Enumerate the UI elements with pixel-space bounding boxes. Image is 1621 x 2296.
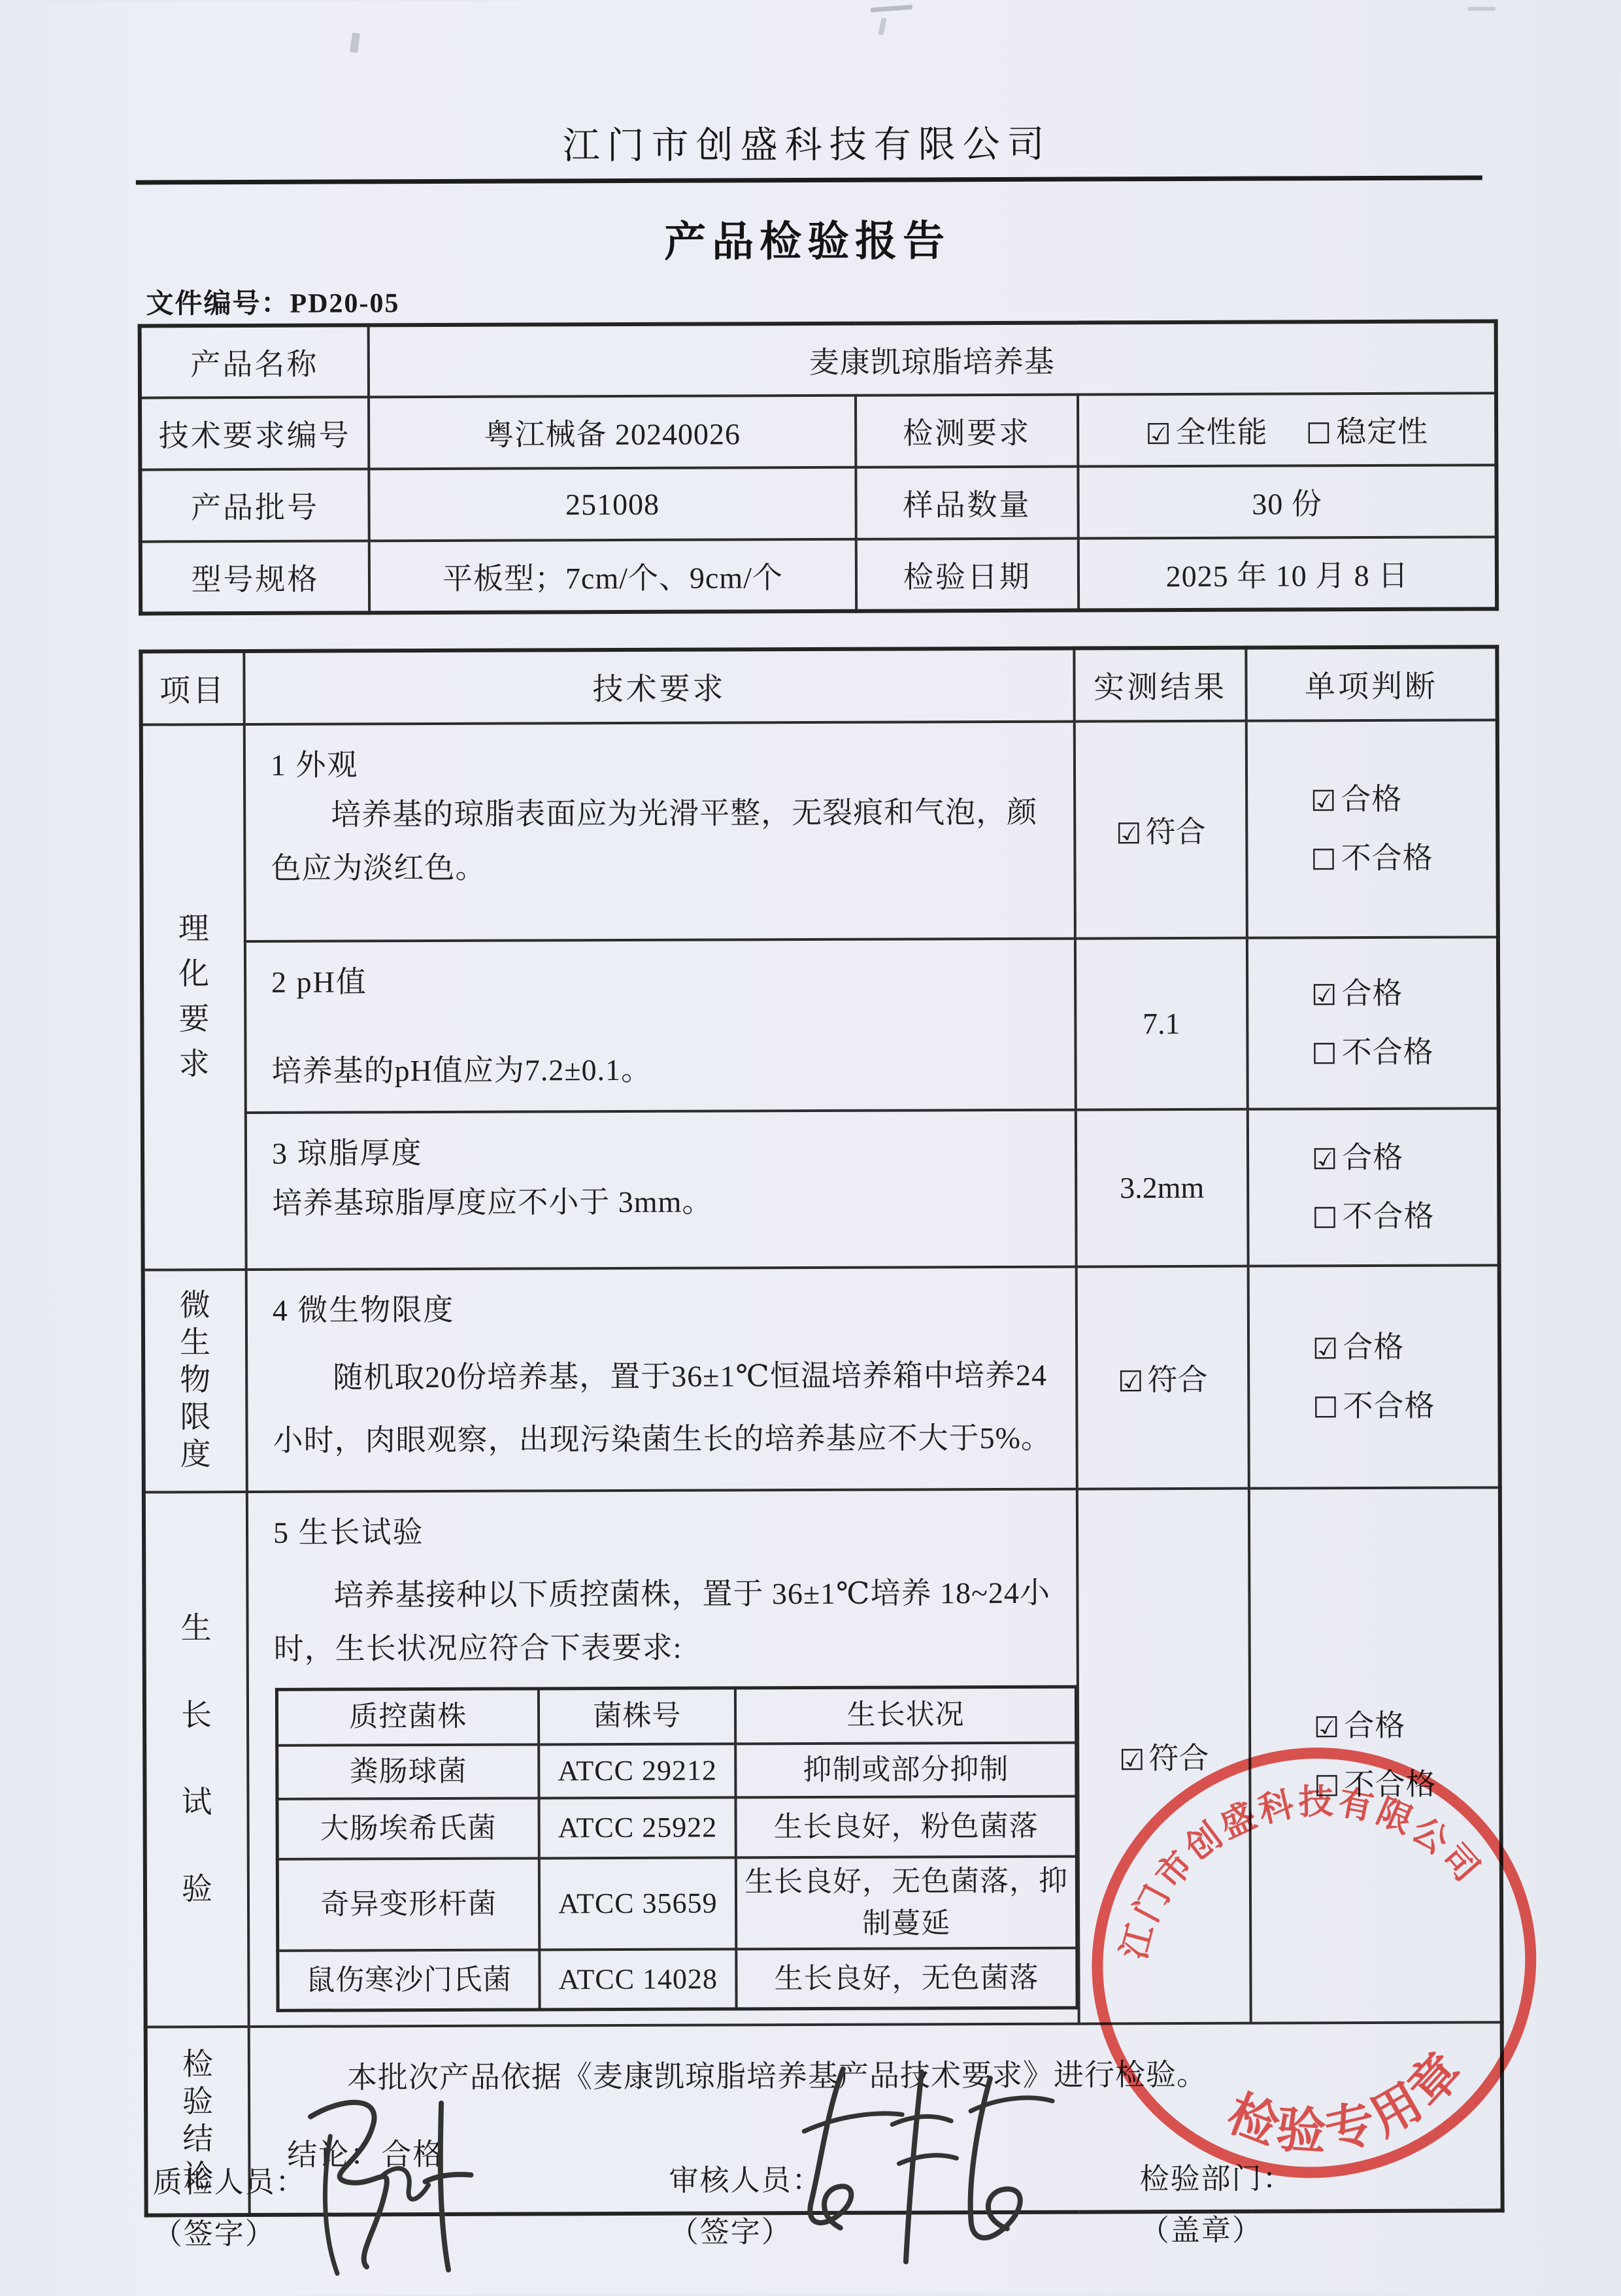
scan-artifact xyxy=(350,33,360,53)
judgment-options: ☑合格 ☐不合格 xyxy=(1311,964,1434,1082)
tech-req-no-label: 技术要求编号 xyxy=(140,397,369,469)
inspect-date-label: 检验日期 xyxy=(856,539,1078,611)
scan-artifact xyxy=(1468,7,1496,10)
review-signature-block: 审核人员： （签字） xyxy=(669,2155,823,2258)
strain-growth: 生长良好，粉色菌落 xyxy=(736,1797,1077,1858)
result-text: 符合 xyxy=(1145,815,1205,849)
strain-row: 粪肠球菌 ATCC 29212 抑制或部分抑制 xyxy=(277,1743,1077,1799)
col-header-requirement: 技术要求 xyxy=(244,649,1074,724)
result-text: 符合 xyxy=(1147,1363,1207,1396)
requirement-body: 培养基接种以下质控菌株，置于 36±1℃培养 18~24小时，生长状况应符合下表… xyxy=(273,1566,1054,1676)
sample-qty-label: 样品数量 xyxy=(856,467,1078,539)
checkbox-unchecked-icon: ☐ xyxy=(1312,1202,1339,1235)
checkbox-checked-icon: ☑ xyxy=(1311,979,1338,1012)
judgment-micro: ☑合格 ☐不合格 xyxy=(1248,1265,1500,1488)
test-req-label: 检测要求 xyxy=(856,395,1078,467)
review-label: 审核人员： xyxy=(669,2155,822,2207)
strain-growth: 生长良好，无色菌落，抑制蔓延 xyxy=(736,1857,1077,1949)
table-row-thickness: 3 琼脂厚度 培养基琼脂厚度应不小于 3mm。 3.2mm ☑合格 ☐不合格 xyxy=(142,1108,1499,1270)
requirement-title: 3 琼脂厚度 xyxy=(272,1127,1052,1173)
test-req-option-stability: 稳定性 xyxy=(1336,415,1428,448)
strain-col-code: 菌株号 xyxy=(539,1688,735,1745)
model-spec-label: 型号规格 xyxy=(141,541,369,613)
requirement-ph: 2 pH值 培养基的pH值应为7.2±0.1。 xyxy=(245,939,1076,1113)
qc-sub-label: （签字） xyxy=(153,2208,307,2260)
strain-table: 质控菌株 菌株号 生长状况 粪肠球菌 ATCC 29212 抑制或部分抑制 大肠… xyxy=(275,1685,1079,2012)
strain-col-name: 质控菌株 xyxy=(276,1689,539,1746)
qc-signature-block: 质检人员： （签字） xyxy=(152,2157,307,2260)
tech-req-no-value: 粤江械备 20240026 xyxy=(369,396,856,469)
requirement-appearance: 1 外观 培养基的琼脂表面应为光滑平整，无裂痕和气泡，颜色应为淡红色。 xyxy=(244,722,1075,941)
result-appearance: ☑符合 xyxy=(1075,721,1247,939)
requirement-title: 5 生长试验 xyxy=(273,1506,1054,1552)
requirement-growth: 5 生长试验 培养基接种以下质控菌株，置于 36±1℃培养 18~24小时，生长… xyxy=(247,1489,1079,2027)
judgment-ph: ☑合格 ☐不合格 xyxy=(1247,937,1499,1109)
page-title: 产品检验报告 xyxy=(0,205,1618,271)
checkbox-unchecked-icon: ☐ xyxy=(1306,417,1333,450)
category-physchem-label: 理化要求 xyxy=(144,914,244,1081)
strain-code: ATCC 14028 xyxy=(540,1949,737,2010)
col-header-item: 项目 xyxy=(141,651,244,725)
category-physchem: 理化要求 xyxy=(141,724,246,1270)
strain-col-growth: 生长状况 xyxy=(735,1687,1077,1744)
category-growth-label: 生长试验 xyxy=(146,1613,246,1906)
judgment-thickness: ☑合格 ☐不合格 xyxy=(1248,1108,1499,1266)
batch-no-label: 产品批号 xyxy=(140,469,369,541)
company-name: 江门市创盛科技有限公司 xyxy=(0,112,1618,172)
pass-label: 合格 xyxy=(1341,977,1403,1010)
strain-code: ATCC 29212 xyxy=(539,1744,736,1798)
checkbox-unchecked-icon: ☐ xyxy=(1312,1391,1339,1425)
sample-qty-value: 30 份 xyxy=(1078,465,1496,538)
requirement-title: 1 外观 xyxy=(271,739,1051,785)
scan-artifact xyxy=(871,5,912,12)
requirement-body: 随机取20份培养基，置于36±1℃恒温培养箱中培养24小时，肉眼观察，出现污染菌… xyxy=(273,1344,1054,1473)
col-header-judgment: 单项判断 xyxy=(1246,647,1497,720)
model-spec-value: 平板型；7cm/个、9cm/个 xyxy=(369,539,856,613)
category-growth: 生长试验 xyxy=(144,1492,249,2027)
table-row: 技术要求编号 粤江械备 20240026 检测要求 ☑全性能☐稳定性 xyxy=(140,393,1496,469)
strain-code: ATCC 35659 xyxy=(539,1858,736,1950)
requirement-micro: 4 微生物限度 随机取20份培养基，置于36±1℃恒温培养箱中培养24小时，肉眼… xyxy=(246,1266,1077,1491)
judgment-pass: ☑合格 xyxy=(1311,964,1434,1023)
checkbox-checked-icon: ☑ xyxy=(1116,817,1142,851)
strain-row: 鼠伤寒沙门氏菌 ATCC 14028 生长良好，无色菌落 xyxy=(278,1948,1077,2010)
checkbox-checked-icon: ☑ xyxy=(1312,1143,1339,1176)
strain-name: 粪肠球菌 xyxy=(277,1745,539,1799)
fail-label: 不合格 xyxy=(1343,1200,1435,1233)
strain-code: ATCC 25922 xyxy=(539,1798,736,1859)
judgment-options: ☑合格 ☐不合格 xyxy=(1311,770,1433,888)
strain-header-row: 质控菌株 菌株号 生长状况 xyxy=(276,1687,1076,1746)
strain-name: 奇异变形杆菌 xyxy=(277,1859,539,1951)
test-req-option-full: 全性能 xyxy=(1176,416,1268,449)
strain-name: 大肠埃希氏菌 xyxy=(277,1798,539,1859)
col-header-result: 实测结果 xyxy=(1074,648,1246,722)
product-name-label: 产品名称 xyxy=(140,325,369,397)
strain-name: 鼠伤寒沙门氏菌 xyxy=(278,1950,540,2010)
strain-row: 大肠埃希氏菌 ATCC 25922 生长良好，粉色菌落 xyxy=(277,1797,1077,1859)
fail-label: 不合格 xyxy=(1341,841,1433,875)
requirement-title: 4 微生物限度 xyxy=(273,1284,1053,1330)
result-micro: ☑符合 xyxy=(1077,1266,1249,1489)
checkbox-checked-icon: ☑ xyxy=(1312,1332,1339,1366)
product-name-value: 麦康凯琼脂培养基 xyxy=(369,321,1496,397)
scan-artifact xyxy=(878,18,886,35)
strain-growth: 抑制或部分抑制 xyxy=(735,1743,1077,1798)
doc-number: 文件编号：PD20-05 xyxy=(146,281,399,321)
checkbox-unchecked-icon: ☐ xyxy=(1311,1038,1338,1071)
inspect-date-value: 2025 年 10 月 8 日 xyxy=(1078,537,1497,610)
report-sheet: 江门市创盛科技有限公司 产品检验报告 文件编号：PD20-05 产品名称 麦康凯… xyxy=(0,0,1621,2296)
table-row-appearance: 理化要求 1 外观 培养基的琼脂表面应为光滑平整，无裂痕和气泡，颜色应为淡红色。… xyxy=(141,720,1498,941)
checkbox-unchecked-icon: ☐ xyxy=(1311,843,1337,877)
checkbox-checked-icon: ☑ xyxy=(1118,1365,1144,1398)
judgment-fail: ☐不合格 xyxy=(1311,1023,1434,1082)
judgment-pass: ☑合格 xyxy=(1311,770,1433,829)
requirement-body: 培养基琼脂厚度应不小于 3mm。 xyxy=(272,1174,1052,1230)
judgment-pass: ☑合格 xyxy=(1312,1128,1435,1187)
pass-label: 合格 xyxy=(1342,1141,1403,1174)
table-row: 产品名称 麦康凯琼脂培养基 xyxy=(140,321,1496,397)
test-req-value: ☑全性能☐稳定性 xyxy=(1078,393,1496,466)
fail-label: 不合格 xyxy=(1342,1036,1434,1069)
checkbox-checked-icon: ☑ xyxy=(1311,785,1337,818)
qc-label: 质检人员： xyxy=(152,2157,306,2209)
judgment-fail: ☐不合格 xyxy=(1312,1377,1435,1436)
fail-label: 不合格 xyxy=(1343,1389,1435,1423)
pass-label: 合格 xyxy=(1341,783,1402,816)
checkbox-checked-icon: ☑ xyxy=(1145,418,1172,451)
result-ph: 7.1 xyxy=(1075,938,1248,1110)
title-divider xyxy=(136,175,1482,184)
requirement-title: 2 pH值 xyxy=(271,956,1052,1002)
judgment-options: ☑合格 ☐不合格 xyxy=(1312,1128,1435,1246)
judgment-options: ☑合格 ☐不合格 xyxy=(1312,1318,1435,1436)
company-stamp: 江门市创盛科技有限公司 检验专用章 xyxy=(1079,1731,1548,2194)
strain-row: 奇异变形杆菌 ATCC 35659 生长良好，无色菌落，抑制蔓延 xyxy=(277,1857,1077,1951)
table-header-row: 项目 技术要求 实测结果 单项判断 xyxy=(141,647,1497,724)
strain-growth: 生长良好，无色菌落 xyxy=(736,1948,1077,2009)
requirement-body: 培养基的琼脂表面应为光滑平整，无裂痕和气泡，颜色应为淡红色。 xyxy=(271,786,1052,896)
judgment-fail: ☐不合格 xyxy=(1312,1187,1435,1246)
table-row: 产品批号 251008 样品数量 30 份 xyxy=(140,465,1496,541)
requirement-body: 培养基的pH值应为7.2±0.1。 xyxy=(271,1042,1052,1098)
category-micro-label: 微生物限度 xyxy=(146,1291,245,1471)
judgment-pass: ☑合格 xyxy=(1312,1318,1435,1377)
batch-no-value: 251008 xyxy=(369,467,856,541)
pass-label: 合格 xyxy=(1343,1330,1404,1364)
review-sub-label: （签字） xyxy=(669,2206,823,2259)
result-thickness: 3.2mm xyxy=(1076,1109,1248,1267)
table-row-micro: 微生物限度 4 微生物限度 随机取20份培养基，置于36±1℃恒温培养箱中培养2… xyxy=(143,1265,1500,1492)
table-row-ph: 2 pH值 培养基的pH值应为7.2±0.1。 7.1 ☑合格 ☐不合格 xyxy=(142,937,1499,1113)
category-micro: 微生物限度 xyxy=(143,1270,247,1493)
dept-sub-label: （盖章） xyxy=(1140,2204,1294,2257)
product-info-table: 产品名称 麦康凯琼脂培养基 技术要求编号 粤江械备 20240026 检测要求 … xyxy=(138,319,1499,615)
requirement-thickness: 3 琼脂厚度 培养基琼脂厚度应不小于 3mm。 xyxy=(246,1109,1077,1269)
judgment-appearance: ☑合格 ☐不合格 xyxy=(1246,720,1498,937)
table-row: 型号规格 平板型；7cm/个、9cm/个 检验日期 2025 年 10 月 8 … xyxy=(141,537,1497,613)
judgment-fail: ☐不合格 xyxy=(1311,829,1433,888)
